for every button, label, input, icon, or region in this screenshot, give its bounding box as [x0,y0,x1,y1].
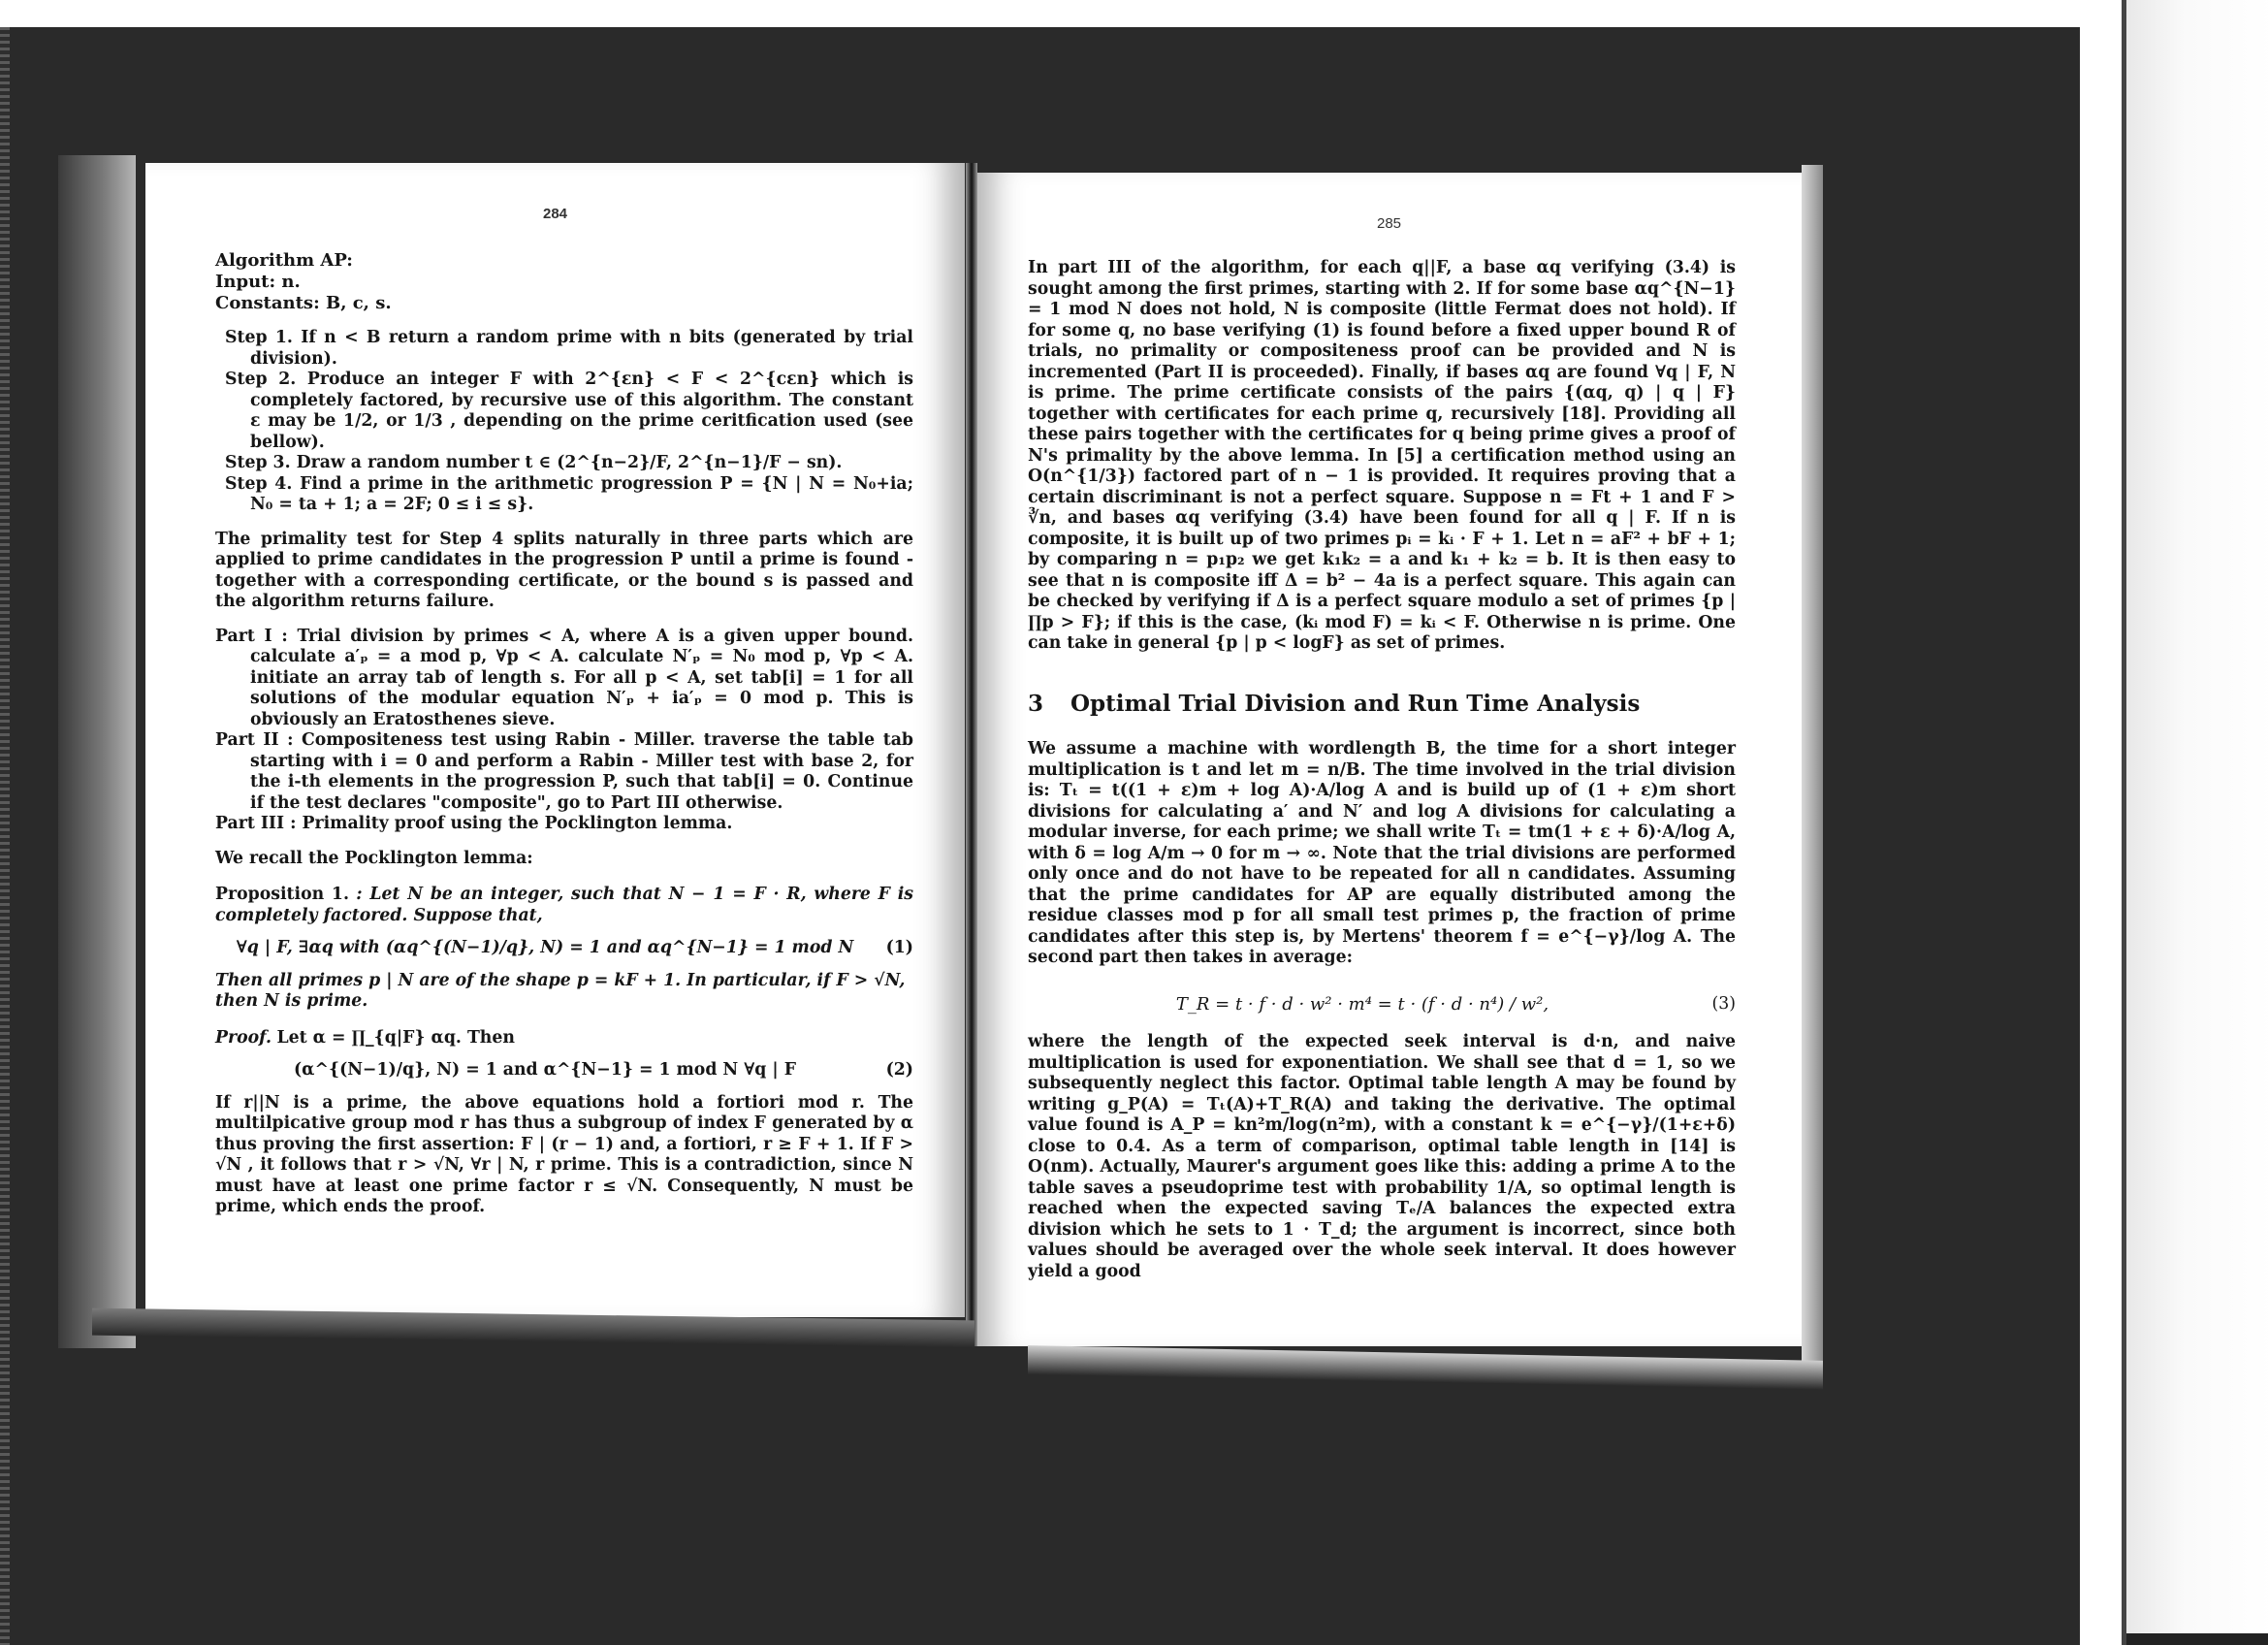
proposition-1: Proposition 1. : Let N be an integer, su… [215,885,913,926]
equation-1: ∀q | F, ∃αq with (αq^{(N−1)/q}, N) = 1 a… [215,938,913,959]
algorithm-step-3: Step 3. Draw a random number t ∈ (2^{n−2… [215,453,913,474]
right-page-content: In part III of the algorithm, for each q… [1028,213,1736,1282]
primality-test-intro: The primality test for Step 4 splits nat… [215,530,913,613]
proof: Proof. Let α = ∏_{q|F} αq. Then [215,1028,913,1049]
part-2-compositeness-test: Part II : Compositeness test using Rabin… [215,730,913,814]
proof-intro: Let α = ∏_{q|F} αq. Then [277,1028,515,1048]
scan-noise-edge [0,27,10,1645]
scanner-margin-bottom [2126,1633,2268,1645]
section-number: 3 [1028,693,1043,715]
algorithm-constants: Constants: B, c, s. [215,293,913,314]
algorithm-step-1: Step 1. If n < B return a random prime w… [215,328,913,370]
runtime-analysis-paragraph: We assume a machine with wordlength B, t… [1028,739,1736,969]
part-1-trial-division: Part I : Trial division by primes < A, w… [215,627,913,731]
proposition-label: Proposition 1. [215,885,349,904]
equation-2-body: (α^{(N−1)/q}, N) = 1 and α^{N−1} = 1 mod… [215,1060,875,1081]
part-3-explanation: In part III of the algorithm, for each q… [1028,258,1736,655]
equation-3-number: (3) [1697,994,1736,1016]
book-spine [966,163,977,1346]
proposition-conclusion: Then all primes p | N are of the shape p… [215,971,913,1013]
test-parts: Part I : Trial division by primes < A, w… [215,627,913,835]
algorithm-steps: Step 1. If n < B return a random prime w… [215,328,913,516]
optimal-table-length-paragraph: where the length of the expected seek in… [1028,1032,1736,1282]
algorithm-step-4: Step 4. Find a prime in the arithmetic p… [215,474,913,516]
algorithm-step-2: Step 2. Produce an integer F with 2^{εn}… [215,370,913,453]
equation-1-body: ∀q | F, ∃αq with (αq^{(N−1)/q}, N) = 1 a… [215,938,875,959]
right-page-edge [1802,165,1823,1368]
pocklington-recall: We recall the Pocklington lemma: [215,849,913,870]
proof-label: Proof. [215,1028,272,1048]
book-cover-edge [58,155,136,1348]
part-3-primality-proof: Part III : Primality proof using the Poc… [215,814,913,835]
proof-body: If r||N is a prime, the above equations … [215,1093,913,1218]
equation-3-body: T_R = t · f · d · w² · m⁴ = t · (f · d ·… [1028,994,1697,1016]
equation-2-number: (2) [875,1060,913,1081]
scanner-margin-strip [2122,0,2268,1645]
section-title: Optimal Trial Division and Run Time Anal… [1070,693,1640,715]
equation-3: T_R = t · f · d · w² · m⁴ = t · (f · d ·… [1028,994,1736,1016]
algorithm-input: Input: n. [215,272,913,293]
equation-2: (α^{(N−1)/q}, N) = 1 and α^{N−1} = 1 mod… [215,1060,913,1081]
algorithm-title: Algorithm AP: [215,250,913,272]
left-page-content: Algorithm AP: Input: n. Constants: B, c,… [215,206,913,1218]
section-heading: 3 Optimal Trial Division and Run Time An… [1028,693,1736,715]
equation-1-number: (1) [875,938,913,959]
